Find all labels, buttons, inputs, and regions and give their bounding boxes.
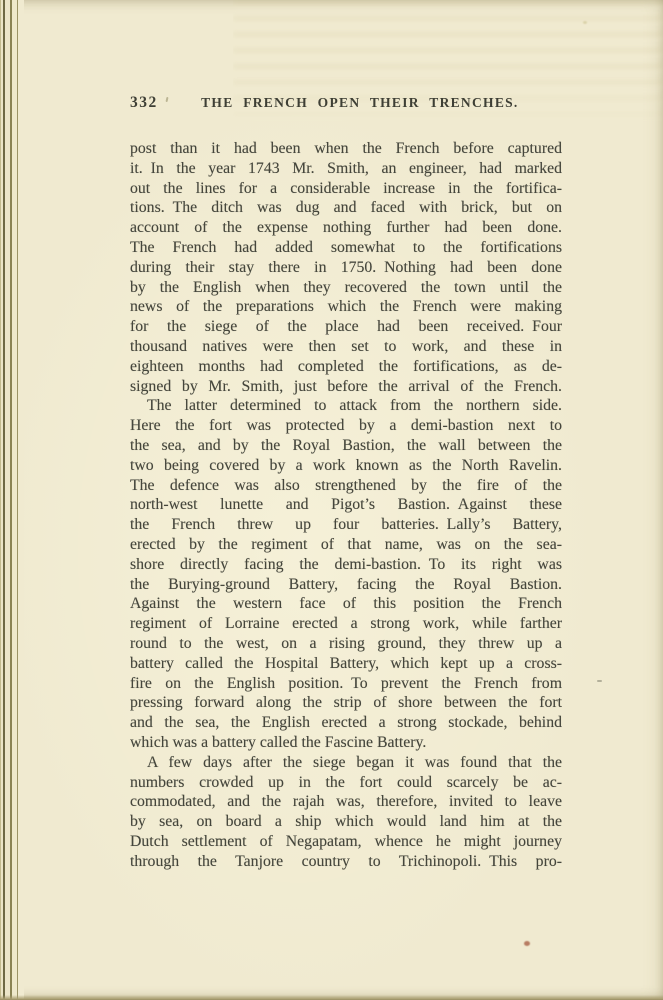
page-body: post than it had been when the French be… — [130, 139, 562, 871]
text-line: for the siege of the place had been rece… — [130, 317, 562, 337]
text-line: account of the expense nothing further h… — [130, 218, 562, 238]
text-line: round to the west, on a rising ground, t… — [130, 634, 562, 654]
text-line: regiment of Lorraine erected a strong wo… — [130, 614, 562, 634]
text-line: by the English when they recovered the t… — [130, 278, 562, 298]
text-line: tions. The ditch was dug and faced with … — [130, 198, 562, 218]
text-line: news of the preparations which the Frenc… — [130, 297, 562, 317]
text-line: two being covered by a work known as the… — [130, 456, 562, 476]
paragraph: A few days after the siege began it was … — [130, 753, 562, 872]
text-line: erected by the regiment of that name, wa… — [130, 535, 562, 555]
text-line: thousand natives were then set to work, … — [130, 337, 562, 357]
text-column: 332 THE FRENCH OPEN THEIR TRENCHES. post… — [130, 94, 562, 114]
text-line: out the lines for a considerable increas… — [130, 179, 562, 199]
text-line: through the Tanjore country to Trichinop… — [130, 852, 562, 872]
paragraph: post than it had been when the French be… — [130, 139, 562, 396]
text-line: Here the fort was protected by a demi-ba… — [130, 416, 562, 436]
text-line: Against the western face of this positio… — [130, 594, 562, 614]
text-line: it. In the year 1743 Mr. Smith, an engin… — [130, 159, 562, 179]
ink-speck — [524, 941, 530, 946]
text-line: The latter determined to attack from the… — [130, 396, 562, 416]
text-line: post than it had been when the French be… — [130, 139, 562, 159]
page-number: 332 — [130, 94, 158, 112]
text-line: and the sea, the English erected a stron… — [130, 713, 562, 733]
text-line: north-west lunette and Pigot’s Bastion. … — [130, 495, 562, 515]
paper-blemish — [583, 21, 587, 24]
text-line: which was a battery called the Fascine B… — [130, 733, 562, 753]
text-line: shore directly facing the demi-bastion. … — [130, 555, 562, 575]
text-line: the French threw up four batteries. Lall… — [130, 515, 562, 535]
running-header-title: THE FRENCH OPEN THEIR TRENCHES. — [158, 95, 562, 111]
book-binding-edge — [0, 0, 24, 1000]
text-line: numbers crowded up in the fort could sca… — [130, 773, 562, 793]
page-bottom-edge — [0, 995, 663, 1000]
text-line: battery called the Hospital Battery, whi… — [130, 654, 562, 674]
text-line: The defence was also strengthened by the… — [130, 476, 562, 496]
text-line: pressing forward along the strip of shor… — [130, 693, 562, 713]
text-line: eighteen months had completed the fortif… — [130, 357, 562, 377]
text-line: by sea, on board a ship which would land… — [130, 812, 562, 832]
book-page-scan: 332 THE FRENCH OPEN THEIR TRENCHES. post… — [0, 0, 663, 1000]
text-line: during their stay there in 1750. Nothing… — [130, 258, 562, 278]
text-line: signed by Mr. Smith, just before the arr… — [130, 377, 562, 397]
text-line: the Burying-ground Battery, facing the R… — [130, 575, 562, 595]
text-line: The French had added somewhat to the for… — [130, 238, 562, 258]
text-line: commodated, and the rajah was, therefore… — [130, 792, 562, 812]
running-head: 332 THE FRENCH OPEN THEIR TRENCHES. — [130, 94, 562, 114]
text-line: fire on the English position. To prevent… — [130, 674, 562, 694]
ink-speck — [597, 680, 602, 682]
text-line: Dutch settlement of Negapatam, whence he… — [130, 832, 562, 852]
paragraph: The latter determined to attack from the… — [130, 396, 562, 752]
text-line: the sea, and by the Royal Bastion, the w… — [130, 436, 562, 456]
text-line: A few days after the siege began it was … — [130, 753, 562, 773]
